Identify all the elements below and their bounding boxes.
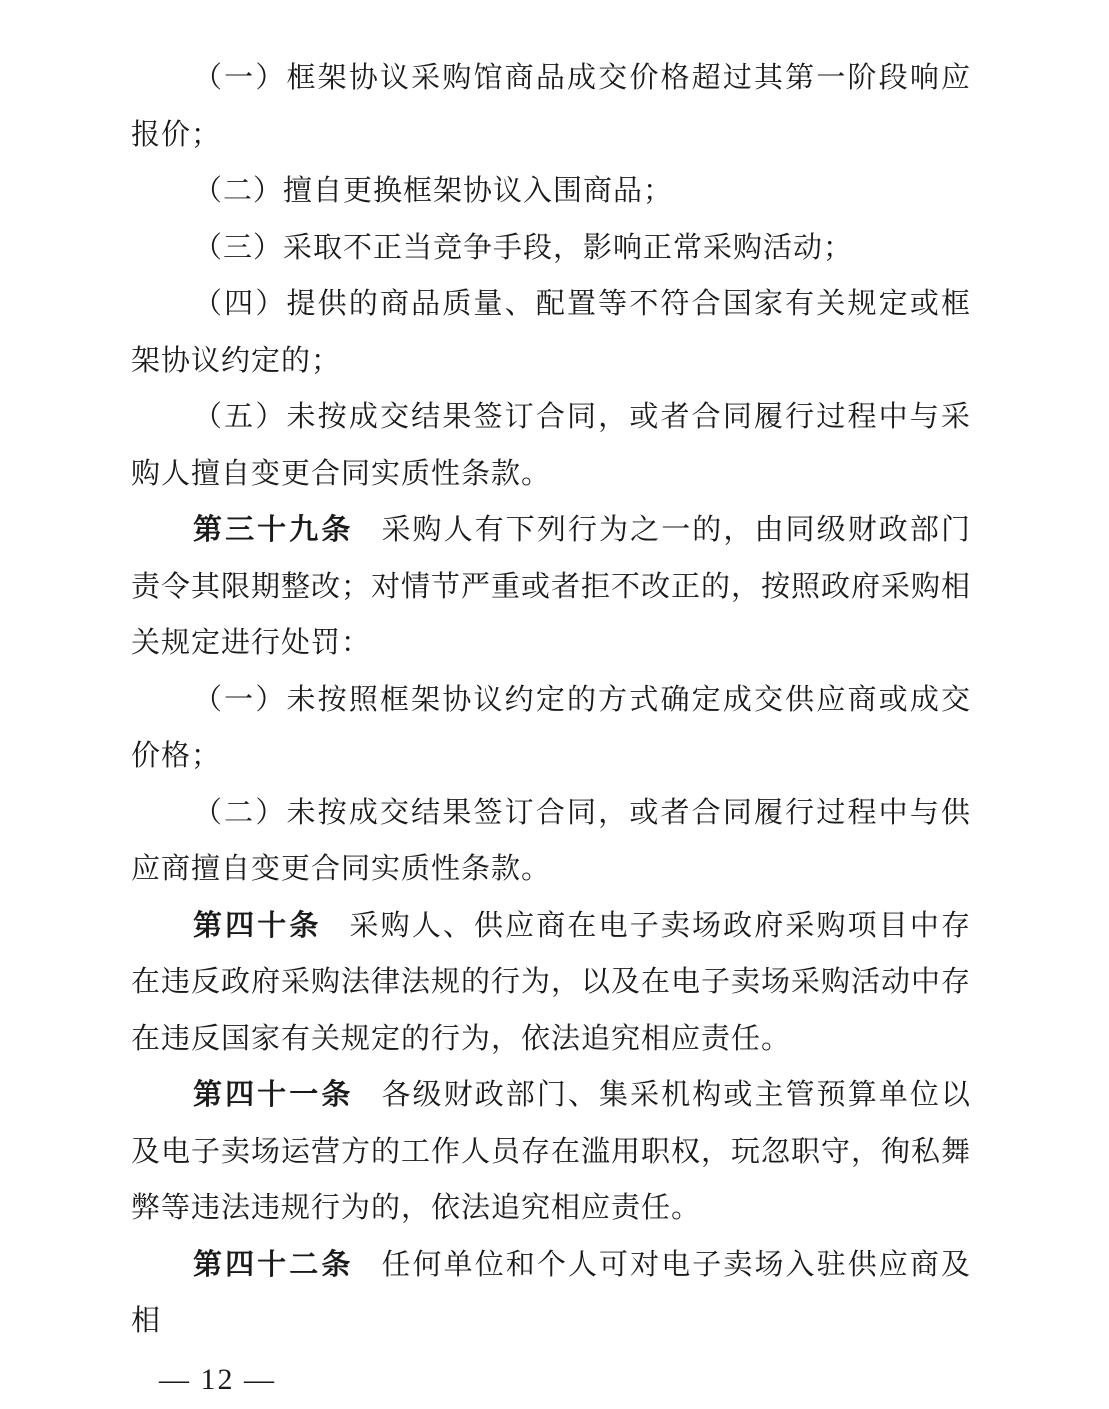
article-paragraph: 第三十九条采购人有下列行为之一的，由同级财政部门责令其限期整改；对情节严重或者拒… xyxy=(131,502,971,672)
list-item: （一）框架协议采购馆商品成交价格超过其第一阶段响应报价； xyxy=(131,50,971,163)
article-number: 第四十条 xyxy=(193,910,322,942)
page-footer: — 12 — xyxy=(131,1352,971,1408)
paragraph-text: （五）未按成交结果签订合同，或者合同履行过程中与采购人擅自变更合同实质性条款。 xyxy=(131,401,971,490)
document-page: （一）框架协议采购馆商品成交价格超过其第一阶段响应报价； （二）擅自更换框架协议… xyxy=(0,0,1109,1409)
paragraph-text: （一）框架协议采购馆商品成交价格超过其第一阶段响应报价； xyxy=(131,62,971,151)
page-number: — 12 — xyxy=(159,1363,276,1396)
list-item: （四）提供的商品质量、配置等不符合国家有关规定或框架协议约定的； xyxy=(131,276,971,389)
paragraph-text: （四）提供的商品质量、配置等不符合国家有关规定或框架协议约定的； xyxy=(131,288,971,377)
list-item: （二）擅自更换框架协议入围商品； xyxy=(131,163,971,220)
article-paragraph: 第四十二条任何单位和个人可对电子卖场入驻供应商及相 xyxy=(131,1237,971,1350)
document-body: （一）框架协议采购馆商品成交价格超过其第一阶段响应报价； （二）擅自更换框架协议… xyxy=(131,50,971,1350)
paragraph-text: （三）采取不正当竞争手段，影响正常采购活动； xyxy=(193,232,853,264)
article-number: 第四十一条 xyxy=(193,1079,353,1111)
paragraph-text: （一）未按照框架协议约定的方式确定成交供应商或成交价格； xyxy=(131,684,971,773)
list-item: （一）未按照框架协议约定的方式确定成交供应商或成交价格； xyxy=(131,672,971,785)
article-number: 第三十九条 xyxy=(193,514,353,546)
article-paragraph: 第四十一条各级财政部门、集采机构或主管预算单位以及电子卖场运营方的工作人员存在滥… xyxy=(131,1067,971,1237)
article-number: 第四十二条 xyxy=(193,1249,353,1281)
article-paragraph: 第四十条采购人、供应商在电子卖场政府采购项目中存在违反政府采购法律法规的行为，以… xyxy=(131,898,971,1068)
list-item: （二）未按成交结果签订合同，或者合同履行过程中与供应商擅自变更合同实质性条款。 xyxy=(131,785,971,898)
list-item: （三）采取不正当竞争手段，影响正常采购活动； xyxy=(131,220,971,277)
paragraph-text: （二）擅自更换框架协议入围商品； xyxy=(193,175,673,207)
paragraph-text: （二）未按成交结果签订合同，或者合同履行过程中与供应商擅自变更合同实质性条款。 xyxy=(131,797,971,886)
list-item: （五）未按成交结果签订合同，或者合同履行过程中与采购人擅自变更合同实质性条款。 xyxy=(131,389,971,502)
